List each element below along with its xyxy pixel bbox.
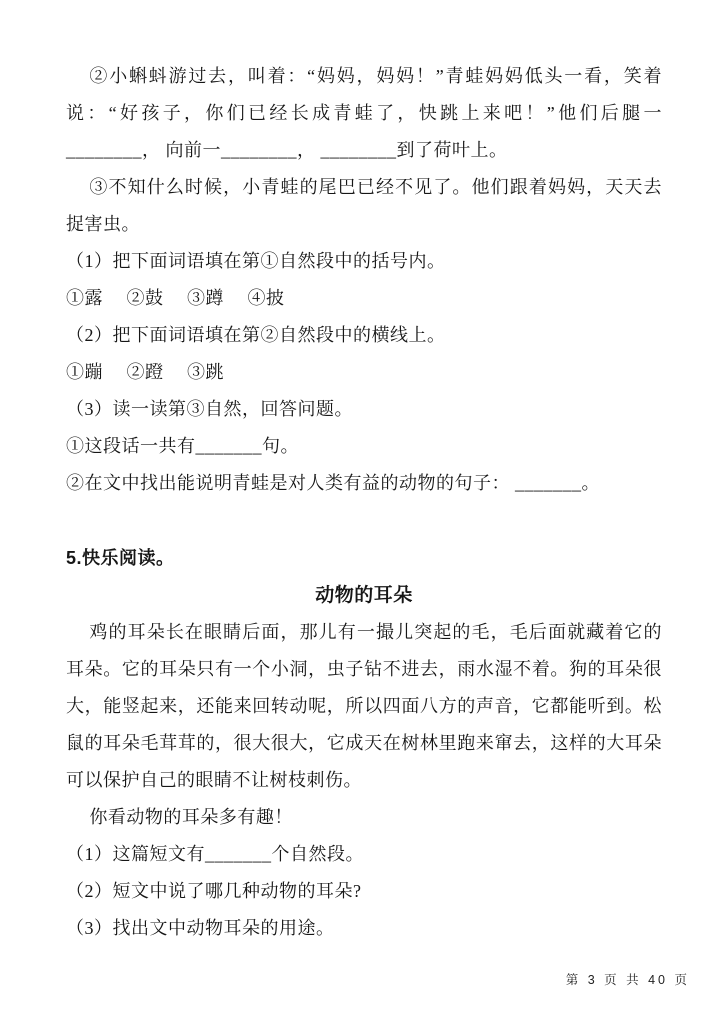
exercise-5-heading: 5.快乐阅读。	[66, 540, 662, 577]
frog-question-1: （1）把下面词语填在第①自然段中的括号内。	[66, 243, 662, 280]
ears-closing-line: 你看动物的耳朵多有趣！	[66, 799, 662, 836]
frog-question-3-sub2: ②在文中找出能说明青蛙是对人类有益的动物的句子： _______。	[66, 465, 662, 502]
ears-question-3: （3）找出文中动物耳朵的用途。	[66, 910, 662, 947]
worksheet-page: ②小蝌蚪游过去，叫着：“妈妈，妈妈！”青蛙妈妈低头一看，笑着说：“好孩子，你们已…	[0, 0, 724, 1024]
frog-paragraph-2: ②小蝌蚪游过去，叫着：“妈妈，妈妈！”青蛙妈妈低头一看，笑着说：“好孩子，你们已…	[66, 58, 662, 169]
frog-question-1-options: ①露 ②鼓 ③蹲 ④披	[66, 280, 662, 317]
ears-question-2: （2）短文中说了哪几种动物的耳朵?	[66, 873, 662, 910]
frog-question-3-sub1: ①这段话一共有_______句。	[66, 428, 662, 465]
frog-question-3: （3）读一读第③自然，回答问题。	[66, 391, 662, 428]
ears-question-1: （1）这篇短文有_______个自然段。	[66, 836, 662, 873]
frog-paragraph-3: ③不知什么时候，小青蛙的尾巴已经不见了。他们跟着妈妈，天天去捉害虫。	[66, 169, 662, 243]
ears-body-paragraph: 鸡的耳朵长在眼睛后面，那儿有一撮儿突起的毛，毛后面就藏着它的耳朵。它的耳朵只有一…	[66, 614, 662, 799]
page-content: ②小蝌蚪游过去，叫着：“妈妈，妈妈！”青蛙妈妈低头一看，笑着说：“好孩子，你们已…	[0, 0, 724, 947]
page-number-footer: 第 3 页 共 40 页	[566, 970, 690, 988]
frog-question-2-options: ①蹦 ②蹬 ③跳	[66, 354, 662, 391]
passage-title: 动物的耳朵	[66, 577, 662, 614]
frog-question-2: （2）把下面词语填在第②自然段中的横线上。	[66, 317, 662, 354]
